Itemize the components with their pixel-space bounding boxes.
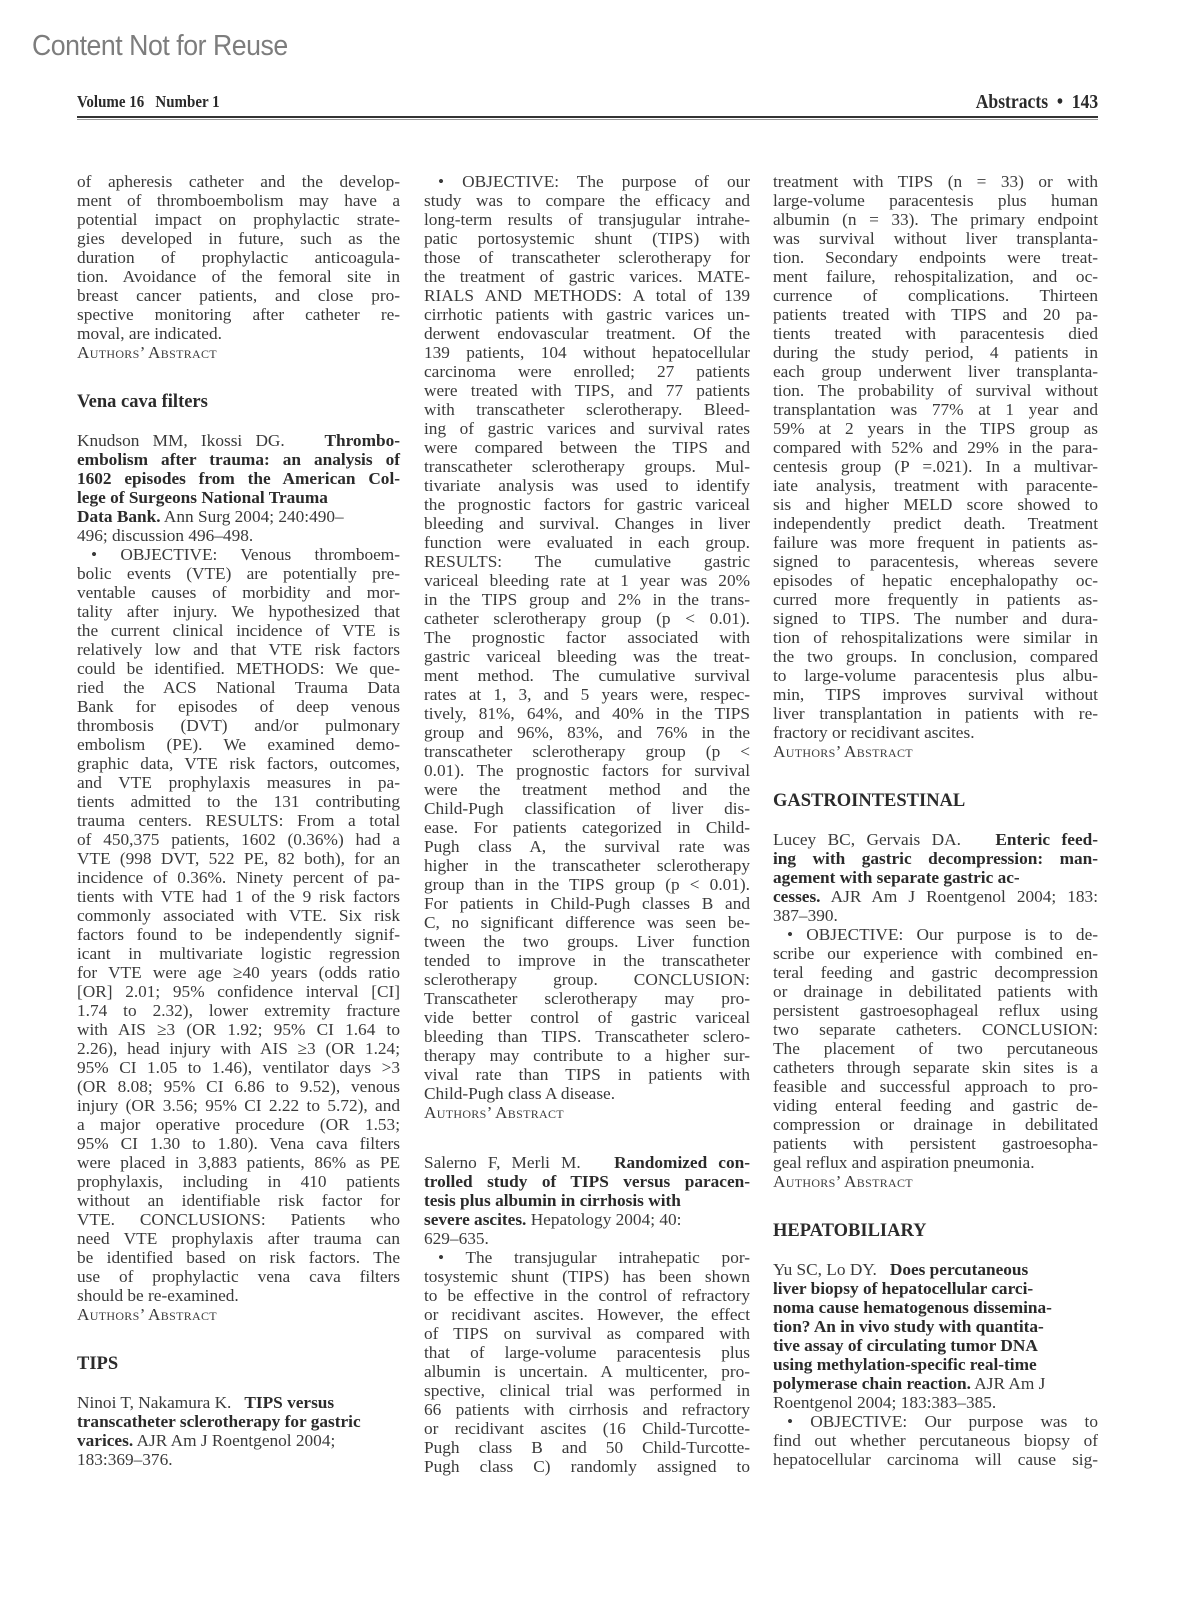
attribution: Authors’ Abstract	[773, 742, 1098, 761]
text-line: transcatheter sclerotherapy groups. Mul-	[424, 457, 750, 476]
section-page-number: Abstracts • 143	[975, 91, 1098, 114]
citation-line: Yu SC, Lo DY. Does percutaneous	[773, 1260, 1098, 1279]
text-line: tween the two groups. Liver function	[424, 932, 750, 951]
text-line: should be re-examined.	[77, 1286, 400, 1305]
text-line: patients treated with TIPS and 20 pa-	[773, 305, 1098, 324]
text-line: tivariate analysis was used to identify	[424, 476, 750, 495]
text-line: were the treatment method and the	[424, 780, 750, 799]
text-line: were treated with TIPS, and 77 patients	[424, 381, 750, 400]
text-line: to be effective in the control of refrac…	[424, 1286, 750, 1305]
text-line: bolic events (VTE) are potentially pre-	[77, 564, 400, 583]
text-line: ment method. The cumulative survival	[424, 666, 750, 685]
attribution: Authors’ Abstract	[424, 1103, 750, 1122]
citation-line: cesses. AJR Am J Roentgenol 2004; 183:	[773, 887, 1098, 906]
text-line: be identified based on risk factors. The	[77, 1248, 400, 1267]
text-line: patients with persistent gastroesopha-	[773, 1134, 1098, 1153]
text-line: centesis group (P =.021). In a multivar-	[773, 457, 1098, 476]
text-line: iate analysis, treatment with paracente-	[773, 476, 1098, 495]
citation-line: Lucey BC, Gervais DA. Enteric feed-	[773, 830, 1098, 849]
text-line: • OBJECTIVE: Our purpose was to	[773, 1412, 1098, 1431]
abstract-lucey: Lucey BC, Gervais DA. Enteric feed- ing …	[773, 830, 1098, 1191]
text-line: tion. Secondary endpoints were treat-	[773, 248, 1098, 267]
text-line: thrombosis (DVT) and/or pulmonary	[77, 716, 400, 735]
text-line: curred more frequently in patients as-	[773, 590, 1098, 609]
section-heading-hepatobiliary: HEPATOBILIARY	[773, 1222, 1098, 1241]
text-line: feasible and successful approach to pro-	[773, 1077, 1098, 1096]
text-line: icant in multivariate logistic regressio…	[77, 944, 400, 963]
citation: AJR Am J Roentgenol 2004; 183:	[831, 887, 1098, 906]
text-line: 66 patients with cirrhosis and refractor…	[424, 1400, 750, 1419]
article-title: trolled study of TIPS versus paracen-	[424, 1172, 750, 1191]
text-line: • OBJECTIVE: Venous thromboem-	[77, 545, 400, 564]
text-line: trauma centers. RESULTS: From a total	[77, 811, 400, 830]
text-line: viding enteral feeding and gastric de-	[773, 1096, 1098, 1115]
article-title: 1602 episodes from the American Col-	[77, 469, 400, 488]
text-line: for VTE were age ≥40 years (odds ratio	[77, 963, 400, 982]
text-line: Child-Pugh classification of liver dis-	[424, 799, 750, 818]
text-line: Pugh class C) randomly assigned to	[424, 1457, 750, 1476]
text-line: patic portosystemic shunt (TIPS) with	[424, 229, 750, 248]
text-line: group than in the TIPS group (p < 0.01).	[424, 875, 750, 894]
text-line: ease. For patients categorized in Child-	[424, 818, 750, 837]
citation: Roentgenol 2004; 183:383–385.	[773, 1393, 1098, 1412]
text-line: 95% CI 1.05 to 1.46), ventilator days >3	[77, 1058, 400, 1077]
text-line: liver transplantation in patients with r…	[773, 704, 1098, 723]
text-line: gies developed in future, such as the	[77, 229, 400, 248]
text-line: or recidivant ascites (16 Child-Turcotte…	[424, 1419, 750, 1438]
text-line: treatment with TIPS (n = 33) or with	[773, 172, 1098, 191]
text-line: compared with 52% and 29% in the para-	[773, 438, 1098, 457]
text-line: 59% at 2 years in the TIPS group as	[773, 419, 1098, 438]
text-line: catheter sclerotherapy group (p < 0.01).	[424, 609, 750, 628]
article-title: severe ascites.	[424, 1210, 526, 1229]
citation: 496; discussion 496–498.	[77, 526, 400, 545]
text-line: persistent gastroesophageal reflux using	[773, 1001, 1098, 1020]
text-line: (OR 8.08; 95% CI 6.86 to 9.52), venous	[77, 1077, 400, 1096]
attribution: Authors’ Abstract	[773, 1172, 1098, 1191]
text-line: commonly associated with VTE. Six risk	[77, 906, 400, 925]
citation-line: Ninoi T, Nakamura K. TIPS versus	[77, 1393, 400, 1412]
text-line: those of transcatheter sclerotherapy for	[424, 248, 750, 267]
abstract-ninoi: Ninoi T, Nakamura K. TIPS versus transca…	[77, 1393, 400, 1469]
text-line: • The transjugular intrahepatic por-	[424, 1248, 750, 1267]
text-line: signed to TIPS. The number and dura-	[773, 609, 1098, 628]
text-line: Transcatheter sclerotherapy may pro-	[424, 989, 750, 1008]
authors: Yu SC, Lo DY.	[773, 1260, 877, 1279]
header-rule-thin	[77, 119, 1098, 120]
text-line: without an identifiable risk factor for	[77, 1191, 400, 1210]
continued-abstract: of apheresis catheter and the develop- m…	[77, 172, 400, 362]
citation-line: varices. AJR Am J Roentgenol 2004;	[77, 1431, 400, 1450]
text-line: of 450,375 patients, 1602 (0.36%) had a	[77, 830, 400, 849]
attribution: Authors’ Abstract	[77, 1305, 400, 1324]
text-line: vide better control of gastric variceal	[424, 1008, 750, 1027]
article-title: Thrombo-	[324, 431, 400, 450]
text-line: 2.26), head injury with AIS ≥3 (OR 1.24;	[77, 1039, 400, 1058]
abstract-salerno: Salerno F, Merli M. Randomized con- trol…	[424, 1153, 750, 1476]
text-line: The prognostic factor associated with	[424, 628, 750, 647]
text-line: episodes of hepatic encephalopathy oc-	[773, 571, 1098, 590]
article-title: transcatheter sclerotherapy for gastric	[77, 1412, 400, 1431]
citation-line: polymerase chain reaction. AJR Am J	[773, 1374, 1098, 1393]
text-line: duration of prophylactic anticoagula-	[77, 248, 400, 267]
text-line: tients treated with paracentesis died	[773, 324, 1098, 343]
authors: Ninoi T, Nakamura K.	[77, 1393, 231, 1412]
text-line: use of prophylactic vena cava filters	[77, 1267, 400, 1286]
article-title: varices.	[77, 1431, 133, 1450]
article-title: tion? An in vivo study with quantita-	[773, 1317, 1098, 1336]
text-line: vival rate than TIPS in patients with	[424, 1065, 750, 1084]
text-line: catheters through separate skin sites is…	[773, 1058, 1098, 1077]
text-line: could be identified. METHODS: We que-	[77, 659, 400, 678]
text-line: therapy may contribute to a higher sur-	[424, 1046, 750, 1065]
text-line: variceal bleeding rate at 1 year was 20%	[424, 571, 750, 590]
text-line: Pugh class B and 50 Child-Turcotte-	[424, 1438, 750, 1457]
text-line: tosystemic shunt (TIPS) has been shown	[424, 1267, 750, 1286]
text-line: embolism (PE). We examined demo-	[77, 735, 400, 754]
text-line: of TIPS on survival as compared with	[424, 1324, 750, 1343]
text-line: 0.01). The prognostic factors for surviv…	[424, 761, 750, 780]
text-line: fractory or recidivant ascites.	[773, 723, 1098, 742]
citation-line: Knudson MM, Ikossi DG. Thrombo-	[77, 431, 400, 450]
text-line: spective, clinical trial was performed i…	[424, 1381, 750, 1400]
text-line: factors found to be independently signif…	[77, 925, 400, 944]
text-line: gastric variceal bleeding was the treat-	[424, 647, 750, 666]
section-heading-tips: TIPS	[77, 1355, 400, 1374]
text-line: RIALS AND METHODS: A total of 139	[424, 286, 750, 305]
journal-volume-issue: Volume 16 Number 1	[77, 92, 220, 112]
authors: Salerno F, Merli M.	[424, 1153, 581, 1172]
text-line: tion of rehospitalizations were similar …	[773, 628, 1098, 647]
article-title: ing with gastric decompression: man-	[773, 849, 1098, 868]
attribution: Authors’ Abstract	[77, 343, 400, 362]
text-line: that of large-volume paracentesis plus	[424, 1343, 750, 1362]
text-line: The placement of two percutaneous	[773, 1039, 1098, 1058]
text-line: in the TIPS group and 2% in the trans-	[424, 590, 750, 609]
text-line: graphic data, VTE risk factors, outcomes…	[77, 754, 400, 773]
text-line: find out whether percutaneous biopsy of	[773, 1431, 1098, 1450]
article-title: Does percutaneous	[890, 1260, 1028, 1279]
text-line: study was to compare the efficacy and	[424, 191, 750, 210]
text-line: VTE (998 DVT, 522 PE, 82 both), for an	[77, 849, 400, 868]
citation-line: Salerno F, Merli M. Randomized con-	[424, 1153, 750, 1172]
text-line: the current clinical incidence of VTE is	[77, 621, 400, 640]
text-line: C, no significant difference was seen be…	[424, 913, 750, 932]
text-line: with transcatheter sclerotherapy. Bleed-	[424, 400, 750, 419]
text-line: were placed in 3,883 patients, 86% as PE	[77, 1153, 400, 1172]
citation: 183:369–376.	[77, 1450, 400, 1469]
article-title: cesses.	[773, 887, 821, 906]
text-line: ing of gastric varices and survival rate…	[424, 419, 750, 438]
text-line: Bank for episodes of deep venous	[77, 697, 400, 716]
text-line: relatively low and that VTE risk factors	[77, 640, 400, 659]
text-line: derwent endovascular treatment. Of the	[424, 324, 750, 343]
text-line: tion. The probability of survival withou…	[773, 381, 1098, 400]
text-line: compression or drainage in debilitated	[773, 1115, 1098, 1134]
text-line: currence of complications. Thirteen	[773, 286, 1098, 305]
text-line: transcatheter sclerotherapy group (p <	[424, 742, 750, 761]
article-title: lege of Surgeons National Trauma	[77, 488, 400, 507]
section-heading-gastrointestinal: GASTROINTESTINAL	[773, 792, 1098, 811]
article-title: tive assay of circulating tumor DNA	[773, 1336, 1098, 1355]
text-line: during the study period, 4 patients in	[773, 343, 1098, 362]
article-title: noma cause hematogenous dissemina-	[773, 1298, 1098, 1317]
running-header: Volume 16 Number 1 Abstracts • 143	[77, 92, 1098, 116]
article-title: polymerase chain reaction.	[773, 1374, 971, 1393]
text-line: with AIS ≥3 (OR 1.92; 95% CI 1.64 to	[77, 1020, 400, 1039]
text-line: Pugh class A, the survival rate was	[424, 837, 750, 856]
text-line: was survival without liver transplanta-	[773, 229, 1098, 248]
text-line: were compared between the TIPS and	[424, 438, 750, 457]
text-line: teral feeding and gastric decompression	[773, 963, 1098, 982]
text-line: and VTE prophylaxis measures in pa-	[77, 773, 400, 792]
text-line: injury (OR 3.56; 95% CI 2.22 to 5.72), a…	[77, 1096, 400, 1115]
text-line: moval, are indicated.	[77, 324, 400, 343]
text-line: long-term results of transjugular intrah…	[424, 210, 750, 229]
text-line: function were evaluated in each group.	[424, 533, 750, 552]
article-title: Data Bank.	[77, 507, 161, 526]
column-1: of apheresis catheter and the develop- m…	[77, 172, 400, 1469]
text-line: independently predict death. Treatment	[773, 514, 1098, 533]
article-title: Randomized con-	[614, 1153, 750, 1172]
citation: 387–390.	[773, 906, 1098, 925]
text-line: tended to improve in the transcatheter	[424, 951, 750, 970]
text-line: For patients in Child-Pugh classes B and	[424, 894, 750, 913]
text-line: group and 96%, 83%, and 76% in the	[424, 723, 750, 742]
article-title: liver biopsy of hepatocellular carci-	[773, 1279, 1098, 1298]
text-line: spective monitoring after catheter re-	[77, 305, 400, 324]
text-line: min, TIPS improves survival without	[773, 685, 1098, 704]
text-line: transplantation was 77% at 1 year and	[773, 400, 1098, 419]
header-rule	[77, 116, 1098, 118]
section-heading-vena-cava: Vena cava filters	[77, 393, 400, 412]
text-line: • OBJECTIVE: Our purpose is to de-	[773, 925, 1098, 944]
text-line: VTE. CONCLUSIONS: Patients who	[77, 1210, 400, 1229]
text-line: incidence of 0.36%. Ninety percent of pa…	[77, 868, 400, 887]
article-title: Enteric feed-	[995, 830, 1098, 849]
text-line: or recidivant ascites. However, the effe…	[424, 1305, 750, 1324]
text-line: albumin (n = 33). The primary endpoint	[773, 210, 1098, 229]
text-line: the prognostic factors for gastric varic…	[424, 495, 750, 514]
citation: Ann Surg 2004; 240:490–	[164, 507, 344, 526]
text-line: ment failure, rehospitalization, and oc-	[773, 267, 1098, 286]
citation: Hepatology 2004; 40:	[531, 1210, 682, 1229]
text-line: sclerotherapy group. CONCLUSION:	[424, 970, 750, 989]
text-line: geal reflux and aspiration pneumonia.	[773, 1153, 1098, 1172]
authors: Knudson MM, Ikossi DG.	[77, 431, 285, 450]
text-line: the two groups. In conclusion, compared	[773, 647, 1098, 666]
text-line: RESULTS: The cumulative gastric	[424, 552, 750, 571]
text-line: [OR] 2.01; 95% confidence interval [CI]	[77, 982, 400, 1001]
column-3: treatment with TIPS (n = 33) or with lar…	[773, 172, 1098, 1469]
text-line: the treatment of gastric varices. MATE-	[424, 267, 750, 286]
text-line: tively, 81%, 64%, and 40% in the TIPS	[424, 704, 750, 723]
text-line: need VTE prophylaxis after trauma can	[77, 1229, 400, 1248]
text-line: of apheresis catheter and the develop-	[77, 172, 400, 191]
abstract-knudson: Knudson MM, Ikossi DG. Thrombo- embolism…	[77, 431, 400, 1324]
text-line: Child-Pugh class A disease.	[424, 1084, 750, 1103]
citation: 629–635.	[424, 1229, 750, 1248]
text-line: ried the ACS National Trauma Data	[77, 678, 400, 697]
citation: AJR Am J Roentgenol 2004;	[137, 1431, 336, 1450]
text-line: hepatocellular carcinoma will cause sig-	[773, 1450, 1098, 1469]
citation-line: Data Bank. Ann Surg 2004; 240:490–	[77, 507, 400, 526]
text-line: 139 patients, 104 without hepatocellular	[424, 343, 750, 362]
text-line: tality after injury. We hypothesized tha…	[77, 602, 400, 621]
text-line: two separate catheters. CONCLUSION:	[773, 1020, 1098, 1039]
text-line: cirrhotic patients with gastric varices …	[424, 305, 750, 324]
column-2: • OBJECTIVE: The purpose of our study wa…	[424, 172, 750, 1476]
article-title: using methylation-specific real-time	[773, 1355, 1098, 1374]
article-title: embolism after trauma: an analysis of	[77, 450, 400, 469]
watermark: Content Not for Reuse	[32, 30, 288, 63]
text-line: tients admitted to the 131 contributing	[77, 792, 400, 811]
text-line: or drainage in debilitated patients with	[773, 982, 1098, 1001]
text-line: ment of thromboembolism may have a	[77, 191, 400, 210]
text-line: albumin is uncertain. A multicenter, pro…	[424, 1362, 750, 1381]
authors: Lucey BC, Gervais DA.	[773, 830, 961, 849]
text-line: to large-volume paracentesis plus albu-	[773, 666, 1098, 685]
text-line: scribe our experience with combined en-	[773, 944, 1098, 963]
article-title: agement with separate gastric ac-	[773, 868, 1098, 887]
text-line: carcinoma were enrolled; 27 patients	[424, 362, 750, 381]
text-line: failure was more frequent in patients as…	[773, 533, 1098, 552]
citation-line: severe ascites. Hepatology 2004; 40:	[424, 1210, 750, 1229]
article-title: TIPS versus	[244, 1393, 334, 1412]
abstract-ninoi-body: • OBJECTIVE: The purpose of our study wa…	[424, 172, 750, 1122]
text-line: higher in the transcatheter sclerotherap…	[424, 856, 750, 875]
text-line: rates at 1, 3, and 5 years were, respec-	[424, 685, 750, 704]
text-line: bleeding than TIPS. Transcatheter sclero…	[424, 1027, 750, 1046]
text-line: tion. Avoidance of the femoral site in	[77, 267, 400, 286]
text-line: a major operative procedure (OR 1.53;	[77, 1115, 400, 1134]
text-line: each group underwent liver transplanta-	[773, 362, 1098, 381]
text-line: 95% CI 1.30 to 1.80). Vena cava filters	[77, 1134, 400, 1153]
text-line: 1.74 to 2.32), lower extremity fracture	[77, 1001, 400, 1020]
text-line: signed to paracentesis, whereas severe	[773, 552, 1098, 571]
citation: AJR Am J	[974, 1374, 1045, 1393]
text-line: potential impact on prophylactic strate-	[77, 210, 400, 229]
text-line: • OBJECTIVE: The purpose of our	[424, 172, 750, 191]
text-line: prophylaxis, including in 410 patients	[77, 1172, 400, 1191]
article-title: tesis plus albumin in cirrhosis with	[424, 1191, 750, 1210]
text-line: large-volume paracentesis plus human	[773, 191, 1098, 210]
text-line: breast cancer patients, and close pro-	[77, 286, 400, 305]
text-line: bleeding and survival. Changes in liver	[424, 514, 750, 533]
abstract-salerno-continued: treatment with TIPS (n = 33) or with lar…	[773, 172, 1098, 761]
text-line: ventable causes of morbidity and mor-	[77, 583, 400, 602]
text-line: sis and higher MELD score showed to	[773, 495, 1098, 514]
text-line: tients with VTE had 1 of the 9 risk fact…	[77, 887, 400, 906]
abstract-yu: Yu SC, Lo DY. Does percutaneous liver bi…	[773, 1260, 1098, 1469]
